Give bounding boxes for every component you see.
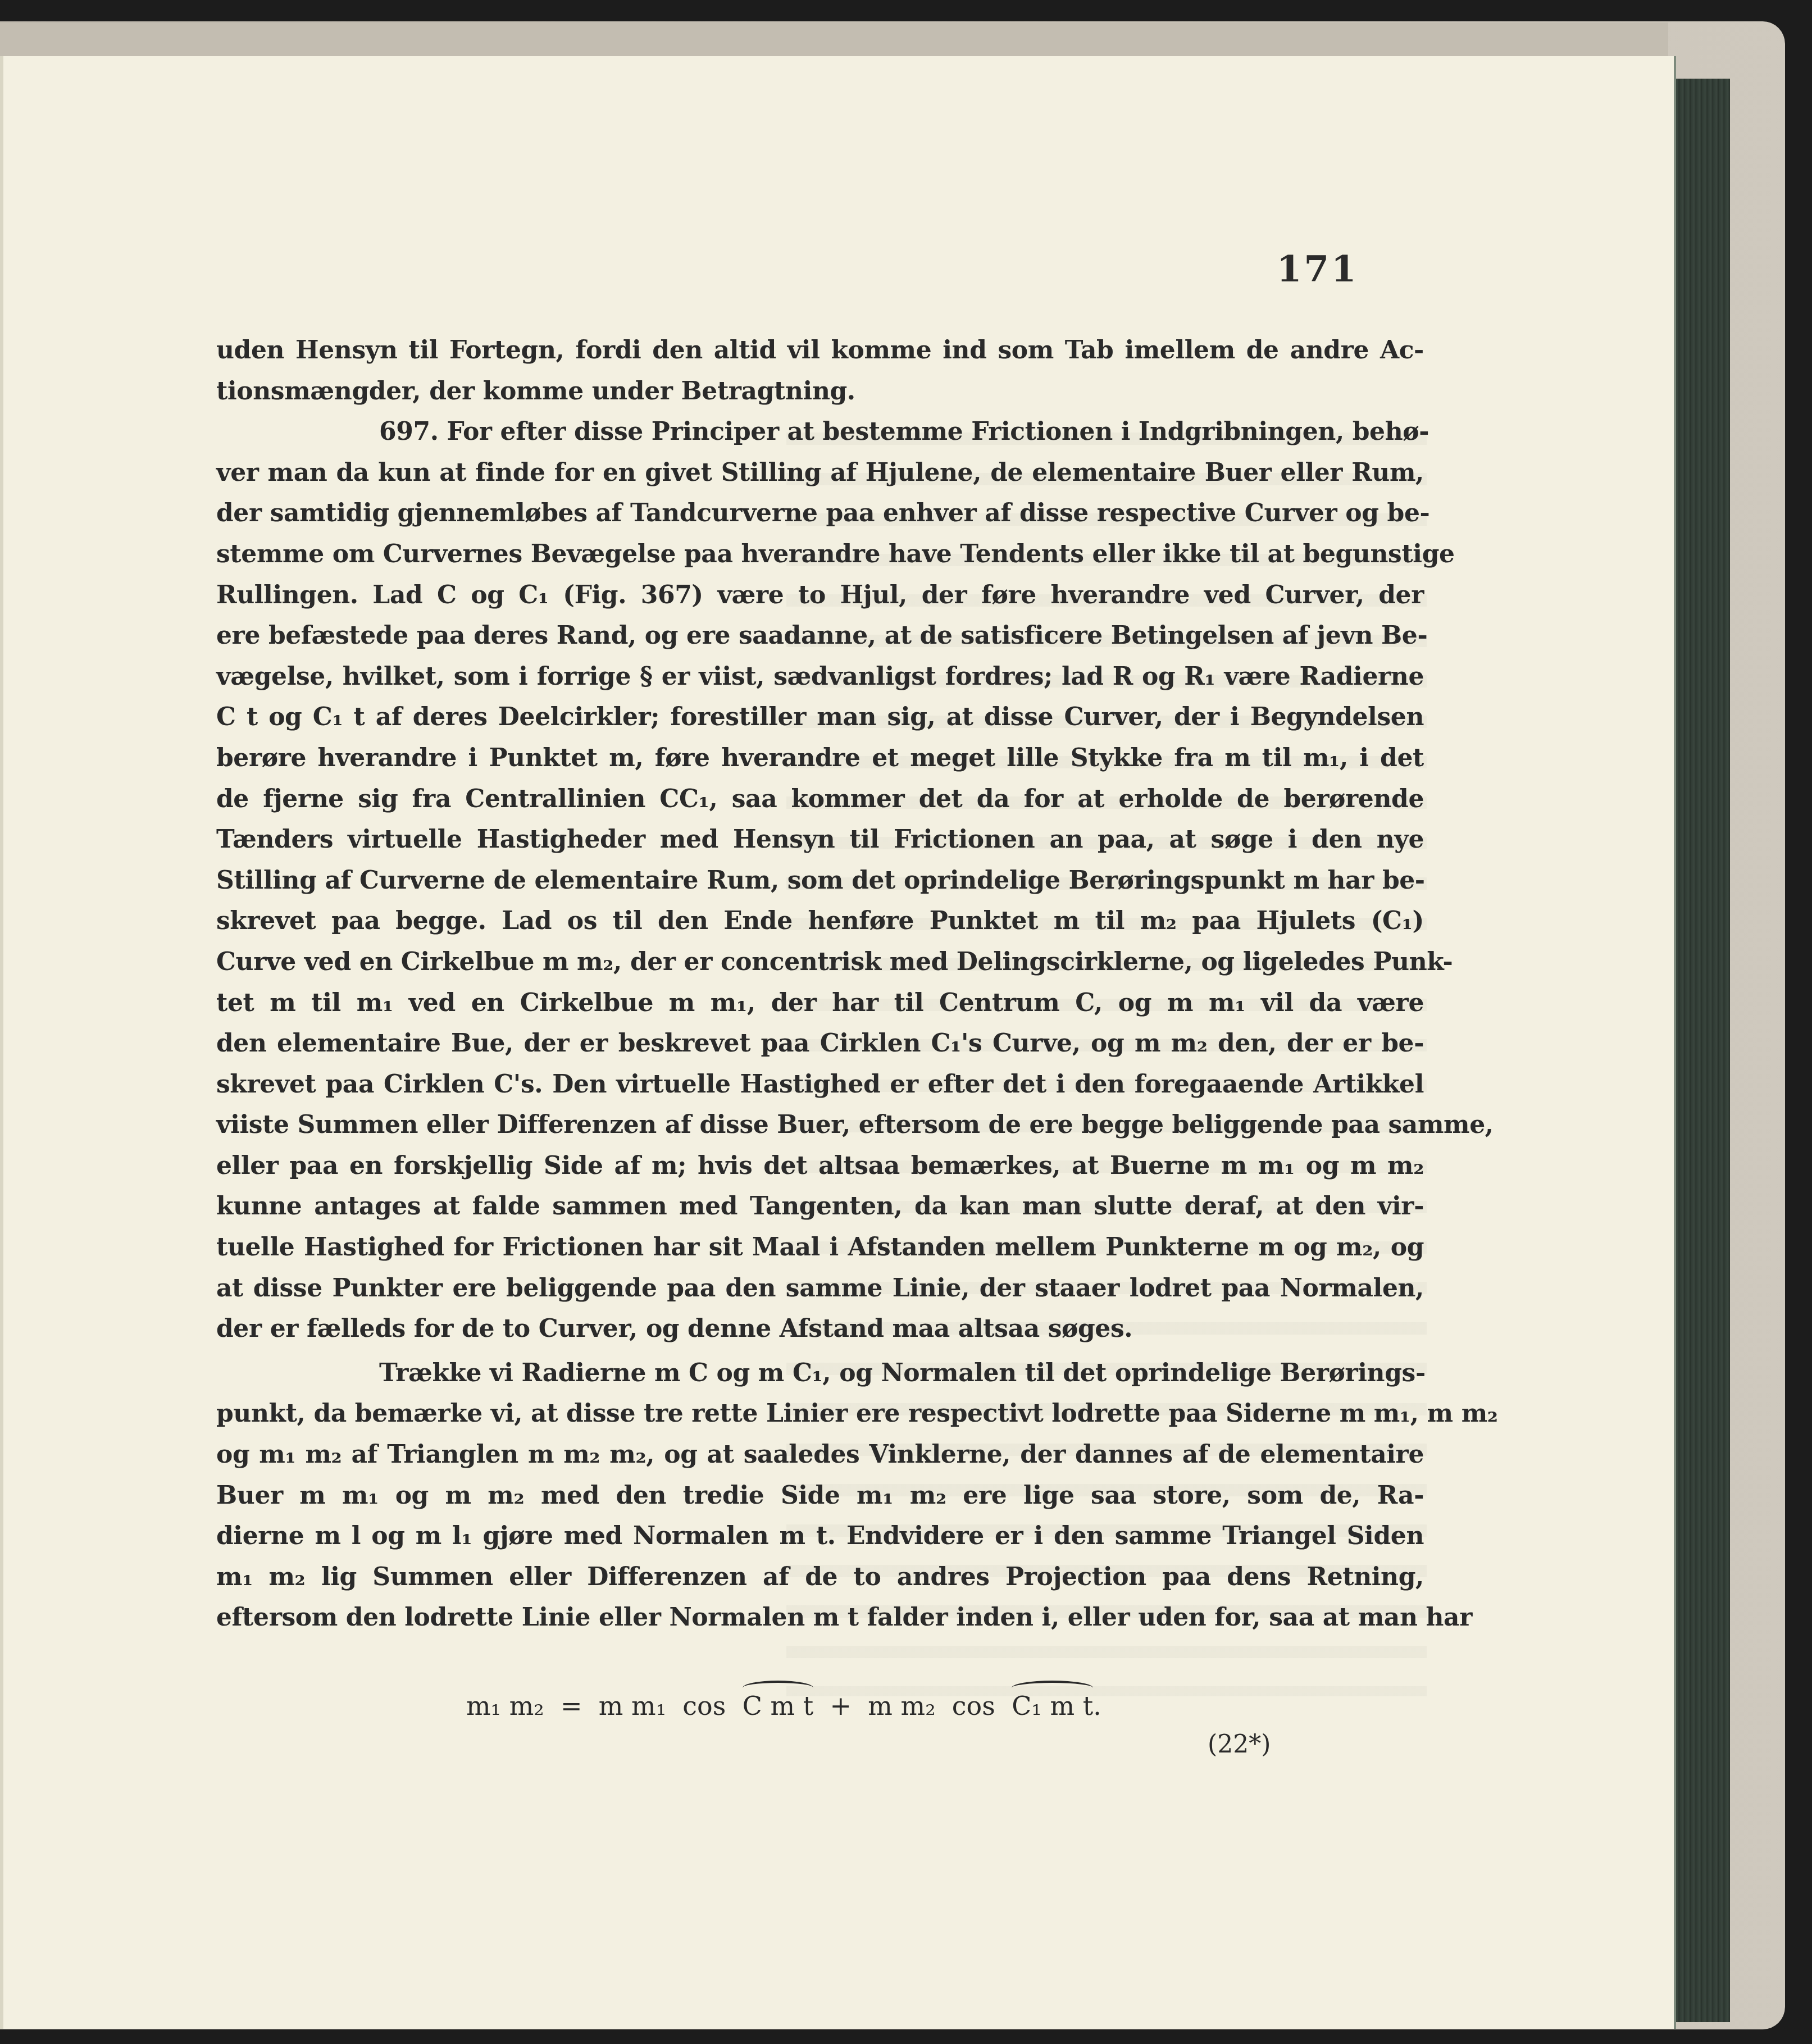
text-line: vægelse, hvilket, som i forrige § er vii… [216, 657, 1424, 698]
text-line: berøre hverandre i Punktet m, føre hvera… [216, 738, 1424, 779]
text-line: tuelle Hastighed for Frictionen har sit … [216, 1227, 1424, 1268]
term1-coefficient: m m₁ [599, 1691, 666, 1721]
text-line: ver man da kun at finde for en givet Sti… [216, 453, 1424, 494]
text-line: de fjerne sig fra Centrallinien CC₁, saa… [216, 779, 1424, 820]
text-line: og m₁ m₂ af Trianglen m m₂ m₂, og at saa… [216, 1435, 1424, 1476]
angle-arc-2: C₁ m t [1012, 1691, 1093, 1721]
text-line: den elementaire Bue, der er beskrevet pa… [216, 1023, 1424, 1064]
text-line: der er fælleds for de to Curver, og denn… [216, 1309, 1424, 1350]
equation-period: . [1093, 1691, 1101, 1721]
text-line: uden Hensyn til Fortegn, fordi den altid… [216, 330, 1424, 371]
page-number: 171 [1277, 248, 1359, 290]
text-line: eftersom den lodrette Linie eller Normal… [216, 1597, 1424, 1638]
text-line: punkt, da bemærke vi, at disse tre rette… [216, 1394, 1424, 1435]
book-cover-top-edge [0, 22, 1668, 61]
text-line: Curve ved en Cirkelbue m m₂, der er conc… [216, 942, 1424, 983]
equation-lhs: m₁ m₂ [466, 1691, 544, 1721]
text-line: der samtidig gjennemløbes af Tandcurvern… [216, 493, 1424, 534]
section-heading-line: 697. For efter disse Principer at bestem… [216, 412, 1424, 453]
text-line: skrevet paa Cirklen C's. Den virtuelle H… [216, 1064, 1424, 1105]
plus-sign: + [830, 1691, 852, 1721]
text-line: eller paa en forskjellig Side af m; hvis… [216, 1146, 1424, 1187]
text-line: C t og C₁ t af deres Deelcirkler; forest… [216, 697, 1424, 738]
equation: m₁ m₂ = m m₁ cos C m t + m m₂ cos C₁ m t… [466, 1691, 1101, 1721]
text-line: tet m til m₁ ved en Cirkelbue m m₁, der … [216, 983, 1424, 1024]
text-line: kunne antages at falde sammen med Tangen… [216, 1186, 1424, 1227]
text-line: tionsmængder, der komme under Betragtnin… [216, 371, 1424, 412]
text-line: skrevet paa begge. Lad os til den Ende h… [216, 901, 1424, 942]
text-line: at disse Punkter ere beliggende paa den … [216, 1268, 1424, 1309]
cos-function: cos [952, 1691, 995, 1721]
text-line: Buer m m₁ og m m₂ med den tredie Side m₁… [216, 1476, 1424, 1517]
page-edges [1674, 79, 1730, 2022]
equation-label: (22*) [1208, 1730, 1271, 1759]
paragraph-start-line: Trække vi Radierne m C og m C₁, og Norma… [216, 1353, 1424, 1394]
text-line: dierne m l og m l₁ gjøre med Normalen m … [216, 1516, 1424, 1557]
angle-arc-1: C m t [743, 1691, 814, 1721]
text-line: Rullingen. Lad C og C₁ (Fig. 367) være t… [216, 575, 1424, 616]
text-line: Tænders virtuelle Hastigheder med Hensyn… [216, 820, 1424, 861]
text-line: m₁ m₂ lig Summen eller Differenzen af de… [216, 1557, 1424, 1598]
text-line: stemme om Curvernes Bevægelse paa hveran… [216, 534, 1424, 575]
text-line: viiste Summen eller Differenzen af disse… [216, 1105, 1424, 1146]
equals-sign: = [561, 1691, 582, 1721]
term2-coefficient: m m₂ [868, 1691, 935, 1721]
text-line: Stilling af Curverne de elementaire Rum,… [216, 861, 1424, 902]
text-line: ere befæstede paa deres Rand, og ere saa… [216, 616, 1424, 657]
cos-function: cos [682, 1691, 726, 1721]
body-text: uden Hensyn til Fortegn, fordi den altid… [216, 330, 1424, 1638]
